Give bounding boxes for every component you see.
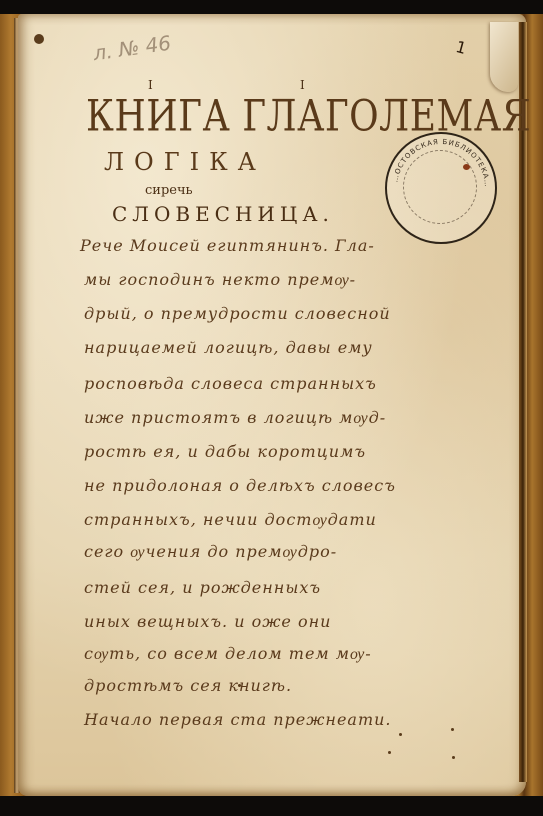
stain-spot bbox=[451, 728, 454, 731]
stain-spot bbox=[399, 733, 402, 736]
library-stamp-text: …ОСТОВСКАЯ БИБЛИОТЕКА… bbox=[387, 134, 495, 242]
text-line-9: странныхъ, нечии достѹдати bbox=[84, 510, 377, 530]
stain-spot bbox=[238, 684, 241, 687]
text-line-10: сего ѹчения до премѹдро- bbox=[84, 542, 337, 562]
stain-spot bbox=[34, 34, 44, 44]
text-line-3: дрый, о премудрости словесной bbox=[84, 304, 391, 323]
folded-corner bbox=[490, 22, 518, 92]
subtitle-slovesnitsa: СЛОВЕСНИЦА. bbox=[112, 202, 334, 226]
subtitle-sirech: сиречь bbox=[145, 183, 193, 198]
text-line-7: ростѣ ея, и дабы коротцимъ bbox=[84, 442, 366, 461]
text-line-11: стей сея, и рожденныхъ bbox=[84, 578, 321, 597]
text-line-8: не придолоная о делѣхъ словесъ bbox=[84, 476, 396, 495]
scan-background-bottom bbox=[0, 796, 543, 816]
stain-spot bbox=[452, 756, 455, 759]
text-line-4: нарицаемей логицѣ, давы ему bbox=[84, 338, 373, 357]
text-line-6: иже пристоятъ в логицѣ мѹд- bbox=[84, 408, 386, 428]
svg-text:…ОСТОВСКАЯ БИБЛИОТЕКА…: …ОСТОВСКАЯ БИБЛИОТЕКА… bbox=[391, 138, 491, 188]
library-stamp: …ОСТОВСКАЯ БИБЛИОТЕКА… bbox=[385, 132, 497, 244]
title-accent-1: I bbox=[148, 78, 153, 92]
title-logika: ЛОГІКА bbox=[104, 148, 266, 176]
text-line-13: сѹть, со всем делом тем мѹ- bbox=[84, 644, 372, 664]
title-accent-2: I bbox=[300, 78, 305, 92]
stain-spot bbox=[112, 720, 114, 722]
stain-spot bbox=[388, 751, 391, 754]
text-line-5: росповѣда словеса странныхъ bbox=[84, 374, 377, 393]
text-line-15: Начало первая ста прежнеати. bbox=[84, 710, 392, 729]
text-line-1: Рече Моисей египтянинъ. Гла- bbox=[80, 236, 375, 255]
text-line-12: иных вещныхъ. и оже они bbox=[84, 612, 331, 631]
text-line-14: дростѣмъ сея книгѣ. bbox=[84, 676, 292, 695]
text-line-2: мы господинъ некто премѹ- bbox=[84, 270, 356, 290]
ink-blot bbox=[463, 164, 470, 170]
